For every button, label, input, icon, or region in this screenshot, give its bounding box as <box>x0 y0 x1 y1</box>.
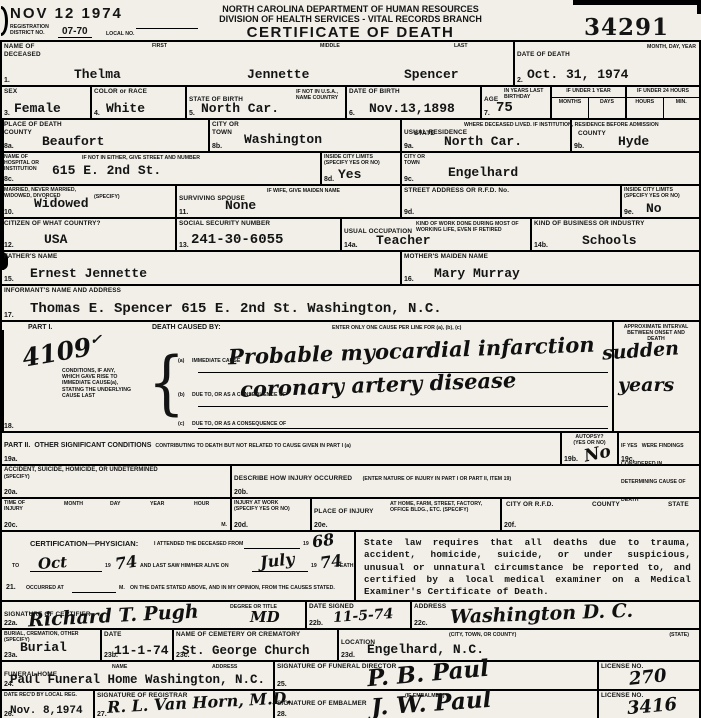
field-certifier-address: ADDRESS 22c. Washington D. C. <box>412 602 699 628</box>
under24-hours-col: HOURS <box>627 98 664 118</box>
interval-a-value: sudden <box>601 337 679 364</box>
date-signed-value: 11-5-74 <box>333 606 394 626</box>
date-of-death-value: Oct. 31, 1974 <box>527 67 628 82</box>
field-date-of-death: DATE OF DEATH MONTH, DAY, YEAR 2. Oct. 3… <box>515 42 699 85</box>
first-name-value: Thelma <box>74 67 121 82</box>
field-how-injury-occurred: DESCRIBE HOW INJURY OCCURRED (ENTER NATU… <box>232 466 699 497</box>
cause-c-line <box>198 428 608 429</box>
embalmer-license-value: 3416 <box>626 694 678 718</box>
field-kind-of-business: KIND OF BUSINESS OR INDUSTRY 14b. School… <box>532 219 699 250</box>
middle-name-value: Jennette <box>247 67 309 82</box>
field-date-of-birth: DATE OF BIRTH 6. Nov.13,1898 <box>347 87 482 118</box>
field-registrar-signature: SIGNATURE OF REGISTRAR 27. R. L. Van Hor… <box>95 691 275 718</box>
field-autopsy: AUTOPSY? (YES OR NO) 19b. No <box>562 433 619 464</box>
department-line1: NORTH CAROLINA DEPARTMENT OF HUMAN RESOU… <box>222 4 479 14</box>
last-name-value: Spencer <box>404 67 459 82</box>
field-residence-county: COUNTY 9b. Hyde <box>572 120 699 151</box>
brace: { <box>148 341 185 423</box>
field-if-under-24-hours: IF UNDER 24 HOURS HOURS MIN. <box>627 87 699 118</box>
field-funeral-director-signature: SIGNATURE OF FUNERAL DIRECTOR 25. P. B. … <box>275 662 599 689</box>
under1-days-col: DAYS <box>589 98 625 118</box>
field-hospital-or-institution: NAME OF HOSPITAL OR INSTITUTION IF NOT I… <box>2 153 322 184</box>
attended-from-year: 68 <box>311 530 336 552</box>
field-residence-street: STREET ADDRESS OR R.F.D. No. 9d. <box>402 186 622 217</box>
field-residence-state: USUAL RESIDENCE WHERE DECEASED LIVED. IF… <box>402 120 572 151</box>
middle-header: MIDDLE <box>320 43 340 49</box>
field-signature-of-certifier: SIGNATURE OF CERTIFIER DEGREE OR TITLE 2… <box>2 602 307 628</box>
to-month-blank <box>30 571 102 572</box>
department-line2: DIVISION OF HEALTH SERVICES - VITAL RECO… <box>219 14 482 24</box>
field-state-of-birth: STATE OF BIRTH IF NOT IN U.S.A., NAME CO… <box>187 87 347 118</box>
field-time-of-injury: TIME OF INJURY MONTH DAY YEAR HOUR M. 20… <box>2 499 232 530</box>
certificate-number: 34291 <box>584 14 669 41</box>
first-header: FIRST <box>152 43 167 49</box>
field-funeral-home: FUNERAL HOME NAME ADDRESS 24. Paul Funer… <box>2 662 275 689</box>
field-citizen-of-country: CITIZEN OF WHAT COUNTRY? 12. USA <box>2 219 177 250</box>
field-informant: INFORMANT'S NAME AND ADDRESS 17. Thomas … <box>2 286 699 320</box>
field-date-received: DATE REC'D BY LOCAL REG. 26. Nov. 8,1974 <box>2 691 95 718</box>
certifier-degree: MD <box>250 608 280 626</box>
interval-column-divider <box>612 322 614 431</box>
field-social-security-number: SOCIAL SECURITY NUMBER 13. 241-30-6055 <box>177 219 342 250</box>
cause-b-line <box>198 406 608 407</box>
funeral-director-license-value: 270 <box>628 665 668 690</box>
received-date-stamp: NOV 12 1974 <box>10 5 123 22</box>
margin-check: ✓ <box>90 332 102 348</box>
under24-min-col: MIN. <box>664 98 700 118</box>
attended-to-month: Oct <box>37 553 67 573</box>
field-death-inside-city-limits: INSIDE CITY LIMITS (SPECIFY YES OR NO) 8… <box>322 153 402 184</box>
occurred-at-blank <box>72 592 116 593</box>
field-mothers-maiden-name: MOTHER'S MAIDEN NAME 16. Mary Murray <box>402 252 699 284</box>
alive-month-blank <box>252 571 308 572</box>
field-sex: SEX 3. Female <box>2 87 92 118</box>
last-header: LAST <box>454 43 468 49</box>
field-autopsy-findings: IF YES WERE FINDINGS CONSIDERED IN DETER… <box>619 433 699 464</box>
field-injury-location: CITY OR R.F.D. COUNTY STATE 20f. <box>502 499 699 530</box>
field-fathers-name: FATHER'S NAME 15. Ernest Jennette <box>2 252 402 284</box>
field-color-or-race: COLOR or RACE 4. White <box>92 87 187 118</box>
field-surviving-spouse: SURVIVING SPOUSE IF WIFE, GIVE MAIDEN NA… <box>177 186 402 217</box>
scan-mark-top-right <box>573 0 701 5</box>
part1-death-caused-by: PART I. DEATH CAUSED BY: ENTER ONLY ONE … <box>2 322 699 433</box>
field-manner-of-death: ACCIDENT, SUICIDE, HOMICIDE, OR UNDETERM… <box>2 466 232 497</box>
conditions-note: CONDITIONS, IF ANY, WHICH GAVE RISE TO I… <box>62 368 134 399</box>
field-burial-type: BURIAL, CREMATION, OTHER (SPECIFY) 23a. … <box>2 630 102 660</box>
autopsy-value: No <box>582 441 612 466</box>
certification-block: CERTIFICATION—PHYSICIAN: I ATTENDED THE … <box>2 532 699 602</box>
field-embalmer-license: LICENSE NO. 3416 <box>599 691 699 718</box>
margin-code: 4109 <box>20 332 94 373</box>
attended-to-year: 74 <box>114 552 139 574</box>
field-age: AGE IN YEARS LAST BIRTHDAY 7. 75 <box>482 87 552 118</box>
state-law-box: State law requires that all deaths due t… <box>354 532 699 600</box>
field-other-significant-conditions: PART II.OTHER SIGNIFICANT CONDITIONSCONT… <box>2 433 562 464</box>
field-funeral-director-license: LICENSE NO. 270 <box>599 662 699 689</box>
alive-month: July <box>259 549 295 572</box>
embalmer-signature: J. W. Paul <box>370 686 492 718</box>
field-place-of-injury: PLACE OF INJURY AT HOME, FARM, STREET, F… <box>312 499 502 530</box>
field-if-under-1-year: IF UNDER 1 YEAR MONTHS DAYS <box>552 87 627 118</box>
field-residence-city: CITY OR TOWN 9c. Engelhard <box>402 153 699 184</box>
death-certificate-scan: NOV 12 1974 REGISTRATION DISTRICT NO. 07… <box>0 0 701 718</box>
field-usual-occupation: USUAL OCCUPATION KIND OF WORK DONE DURIN… <box>342 219 532 250</box>
certificate-form: NAME OF DECEASED FIRST MIDDLE LAST 1. Th… <box>0 40 701 718</box>
field-marital-status: MARRIED, NEVER MARRIED, WIDOWED, DIVORCE… <box>2 186 177 217</box>
registration-label-line2: DISTRICT NO. <box>10 30 49 36</box>
district-number: 07-70 <box>58 26 92 38</box>
scan-mark-top-right-edge <box>697 0 701 14</box>
field-residence-inside-city-limits: INSIDE CITY LIMITS (SPECIFY YES OR NO) 9… <box>622 186 699 217</box>
field-burial-date: DATE 23b. 11-1-74 <box>102 630 174 660</box>
cause-a-value: Probable myocardial infarction <box>228 332 595 370</box>
field-injury-at-work: INJURY AT WORK (SPECIFY YES OR NO) 20d. <box>232 499 312 530</box>
field-embalmer-signature: SIGNATURE OF EMBALMER (IF EMBALMED) 28. … <box>275 691 599 718</box>
field-date-signed: DATE SIGNED 22b. 11-5-74 <box>307 602 412 628</box>
scan-mark-paren <box>0 6 8 36</box>
field-cemetery: NAME OF CEMETERY OR CREMATORY 23c. St. G… <box>174 630 339 660</box>
local-number-label: LOCAL NO. <box>106 31 134 37</box>
field-place-of-death-county: PLACE OF DEATH COUNTY 8a. Beaufort <box>2 120 210 151</box>
under1-months-col: MONTHS <box>552 98 589 118</box>
field-burial-location: LOCATION (CITY, TOWN, OR COUNTY) (STATE)… <box>339 630 699 660</box>
state-law-text: State law requires that all deaths due t… <box>364 537 691 598</box>
interval-b-value: years <box>618 374 674 396</box>
certification-label: CERTIFICATION—PHYSICIAN: <box>30 539 138 548</box>
local-number-blank <box>136 28 198 29</box>
field-place-of-death-city: CITY OR TOWN 8b. Washington <box>210 120 402 151</box>
certifier-signature: Richard T. Pugh <box>28 601 200 632</box>
certificate-title: CERTIFICATE OF DEATH <box>247 24 455 41</box>
field-name-of-deceased: NAME OF DECEASED FIRST MIDDLE LAST 1. Th… <box>2 42 515 85</box>
